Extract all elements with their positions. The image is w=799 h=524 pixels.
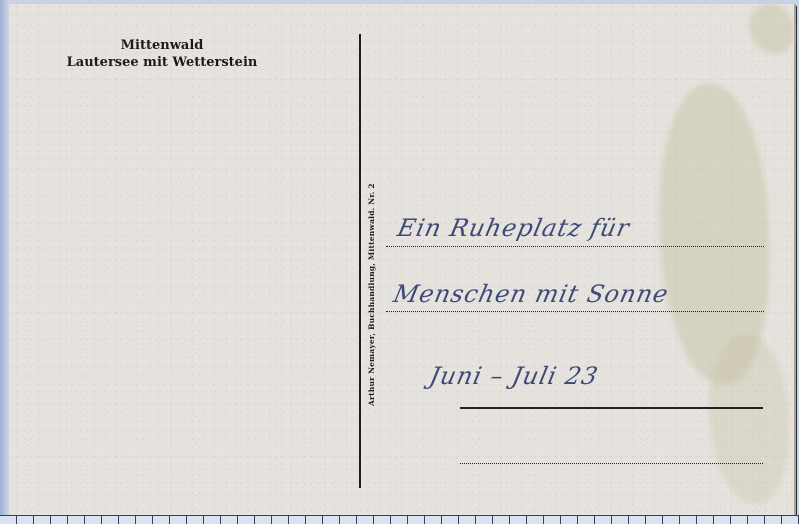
water-stain-corner <box>749 4 794 54</box>
place-name: Mittenwald <box>62 38 262 54</box>
address-line-2 <box>386 311 764 312</box>
address-line-3 <box>460 407 763 409</box>
handwriting-line-2: Menschen mit Sonne <box>391 280 671 308</box>
handwriting-line-3: Juni – Juli 23 <box>427 362 601 390</box>
address-line-1 <box>386 246 764 247</box>
postcard-title: Mittenwald Lautersee mit Wetterstein <box>62 38 262 72</box>
publisher-imprint: Arthur Nemayer, Buchhandlung, Mittenwald… <box>367 183 376 406</box>
water-stain-lower <box>709 334 789 504</box>
photo-caption: Lautersee mit Wetterstein <box>62 54 262 72</box>
center-divider-line <box>359 34 361 488</box>
postcard-back <box>9 4 796 515</box>
address-line-4 <box>460 463 763 464</box>
handwriting-line-1: Ein Ruheplatz für <box>395 214 632 242</box>
scanner-background-edge <box>0 0 8 524</box>
scanner-ruler <box>0 515 799 524</box>
